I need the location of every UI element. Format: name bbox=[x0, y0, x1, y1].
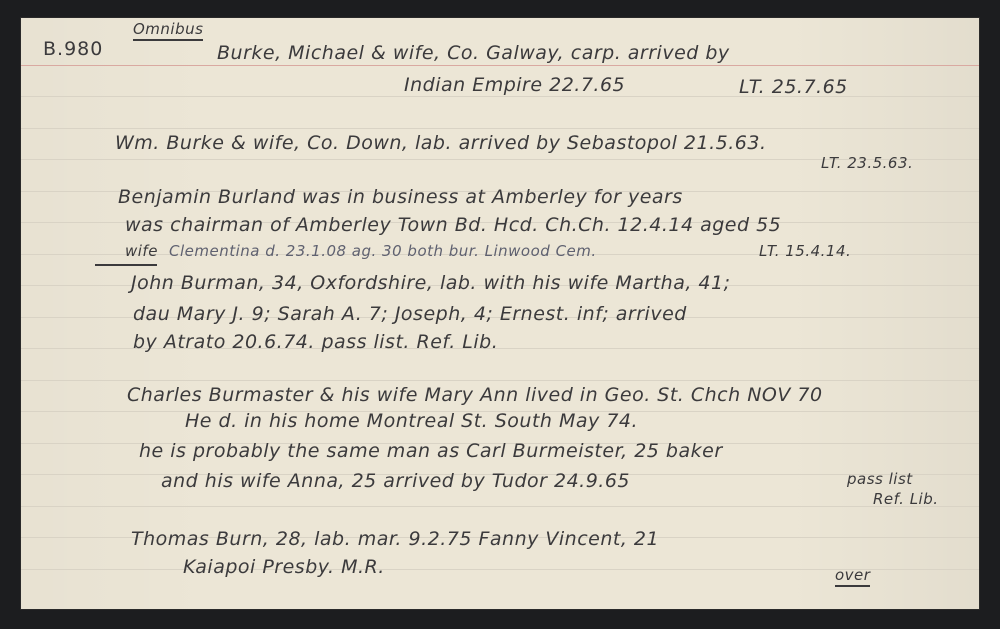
entry-burland-line-3: Clementina d. 23.1.08 ag. 30 both bur. L… bbox=[169, 242, 597, 260]
index-card: B.980 Omnibus Burke, Michael & wife, Co.… bbox=[21, 18, 979, 609]
entry-burman-line-2: dau Mary J. 9; Sarah A. 7; Joseph, 4; Er… bbox=[133, 303, 687, 325]
entry-burmaster-line-4: and his wife Anna, 25 arrived by Tudor 2… bbox=[161, 470, 630, 492]
entry-burmaster-line-3: he is probably the same man as Carl Burm… bbox=[139, 440, 723, 462]
over-text: over bbox=[835, 566, 870, 587]
entry-burke-michael-line-2: Indian Empire 22.7.65 bbox=[404, 74, 625, 96]
entry-burmaster-line-2: He d. in his home Montreal St. South May… bbox=[185, 410, 638, 432]
entry-burmaster-line-1: Charles Burmaster & his wife Mary Ann li… bbox=[127, 384, 823, 406]
entry-burland-line-1: Benjamin Burland was in business at Ambe… bbox=[118, 186, 683, 208]
entry-burman-line-1: John Burman, 34, Oxfordshire, lab. with … bbox=[131, 272, 731, 294]
entry-burmaster-ref: Ref. Lib. bbox=[873, 490, 939, 508]
red-header-rule bbox=[21, 65, 979, 66]
category-label: Omnibus bbox=[133, 20, 203, 38]
entry-burke-michael-lt: LT. 25.7.65 bbox=[739, 76, 848, 98]
entry-burland-lt: LT. 15.4.14. bbox=[759, 242, 851, 260]
ruled-line bbox=[21, 128, 979, 129]
reference-number: B.980 bbox=[43, 38, 103, 60]
entry-burke-wm-line-1: Wm. Burke & wife, Co. Down, lab. arrived… bbox=[115, 132, 767, 154]
entry-burland-line-2: was chairman of Amberley Town Bd. Hcd. C… bbox=[125, 214, 781, 236]
entry-burland-wife-label: wife bbox=[125, 242, 158, 260]
entry-burn-line-1: Thomas Burn, 28, lab. mar. 9.2.75 Fanny … bbox=[131, 528, 659, 550]
over-note: over bbox=[835, 566, 870, 584]
entry-burke-wm-lt: LT. 23.5.63. bbox=[821, 154, 913, 172]
category-text: Omnibus bbox=[133, 20, 203, 41]
entry-burke-michael-line-1: Burke, Michael & wife, Co. Galway, carp.… bbox=[217, 42, 730, 64]
separator-stroke bbox=[95, 264, 157, 266]
entry-burman-line-3: by Atrato 20.6.74. pass list. Ref. Lib. bbox=[133, 331, 498, 353]
ruled-line bbox=[21, 380, 979, 381]
entry-burmaster-pass-list: pass list bbox=[847, 470, 913, 488]
ruled-line bbox=[21, 506, 979, 507]
entry-burn-line-2: Kaiapoi Presby. M.R. bbox=[183, 556, 385, 578]
